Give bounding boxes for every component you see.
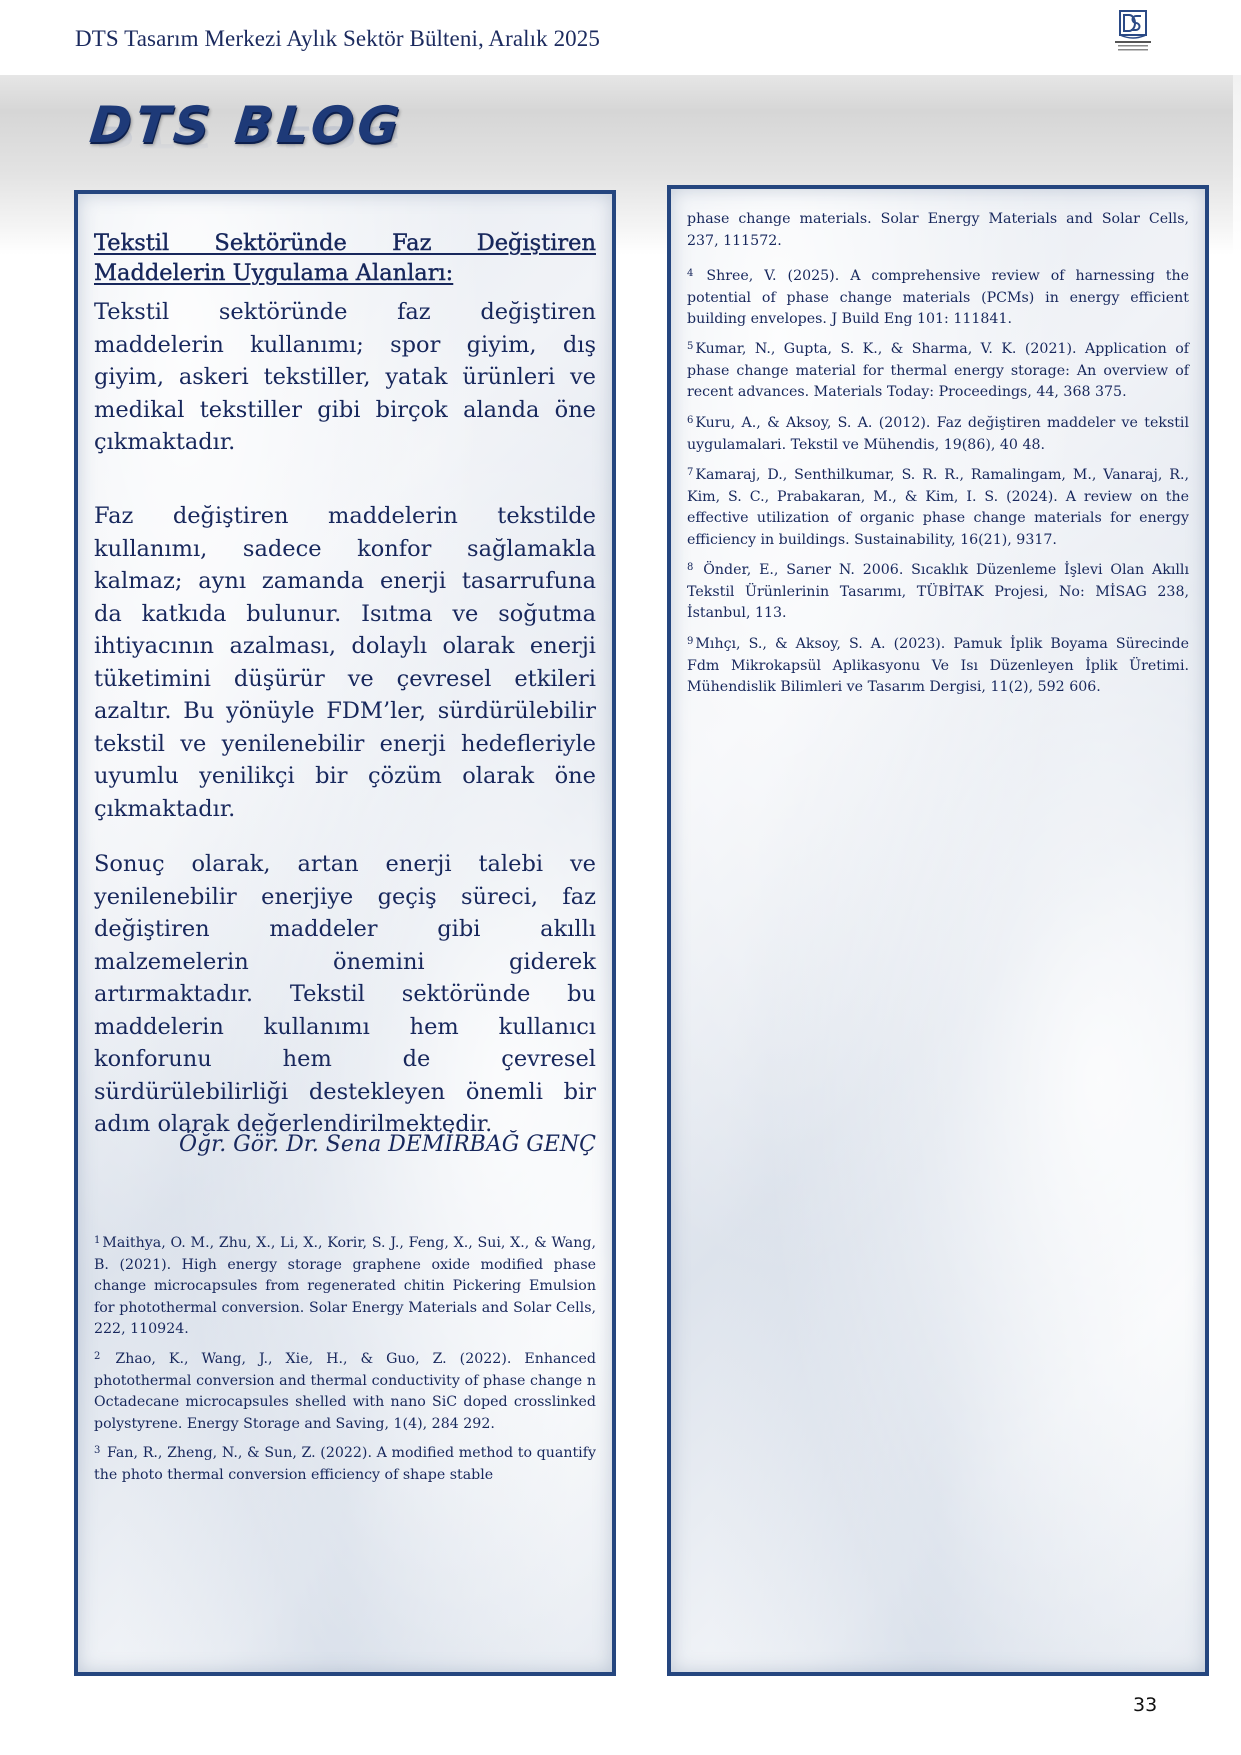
reference-8: 8 Önder, E., Sarıer N. 2006. Sıcaklık Dü… xyxy=(687,557,1189,625)
reference-1: 1Maithya, O. M., Zhu, X., Li, X., Korir,… xyxy=(94,1230,596,1341)
article-paragraph-1: Tekstil sektöründe faz değiştiren maddel… xyxy=(94,296,596,459)
reference-9: 9Mıhçı, S., & Aksoy, S. A. (2023). Pamuk… xyxy=(687,631,1189,699)
band-edge xyxy=(1233,75,1241,255)
reference-3: 3 Fan, R., Zheng, N., & Sun, Z. (2022). … xyxy=(94,1440,596,1486)
references-panel: phase change materials. Solar Energy Mat… xyxy=(667,185,1209,1676)
page-number: 33 xyxy=(1133,1694,1157,1716)
reference-2: 2 Zhao, K., Wang, J., Xie, H., & Guo, Z.… xyxy=(94,1346,596,1435)
reference-3-continuation: phase change materials. Solar Energy Mat… xyxy=(687,209,1189,252)
reference-7: 7Kamaraj, D., Senthilkumar, S. R. R., Ra… xyxy=(687,462,1189,551)
section-title: DTS BLOG xyxy=(87,96,406,154)
reference-6: 6Kuru, A., & Aksoy, S. A. (2012). Faz de… xyxy=(687,410,1189,456)
article-author: Öğr. Gör. Dr. Sena DEMİRBAĞ GENÇ xyxy=(94,1132,596,1157)
article-panel: Tekstil Sektöründe Faz Değiştiren Maddel… xyxy=(74,190,616,1676)
article-paragraph-2: Faz değiştiren maddelerin tekstilde kull… xyxy=(94,500,596,825)
newsletter-title: DTS Tasarım Merkezi Aylık Sektör Bülteni… xyxy=(75,26,600,52)
dts-logo-icon xyxy=(1112,9,1154,55)
reference-4: 4 Shree, V. (2025). A comprehensive revi… xyxy=(687,263,1189,331)
article-paragraph-3: Sonuç olarak, artan enerji talebi ve yen… xyxy=(94,848,596,1141)
article-heading: Tekstil Sektöründe Faz Değiştiren Maddel… xyxy=(94,228,596,288)
reference-5: 5Kumar, N., Gupta, S. K., & Sharma, V. K… xyxy=(687,336,1189,404)
